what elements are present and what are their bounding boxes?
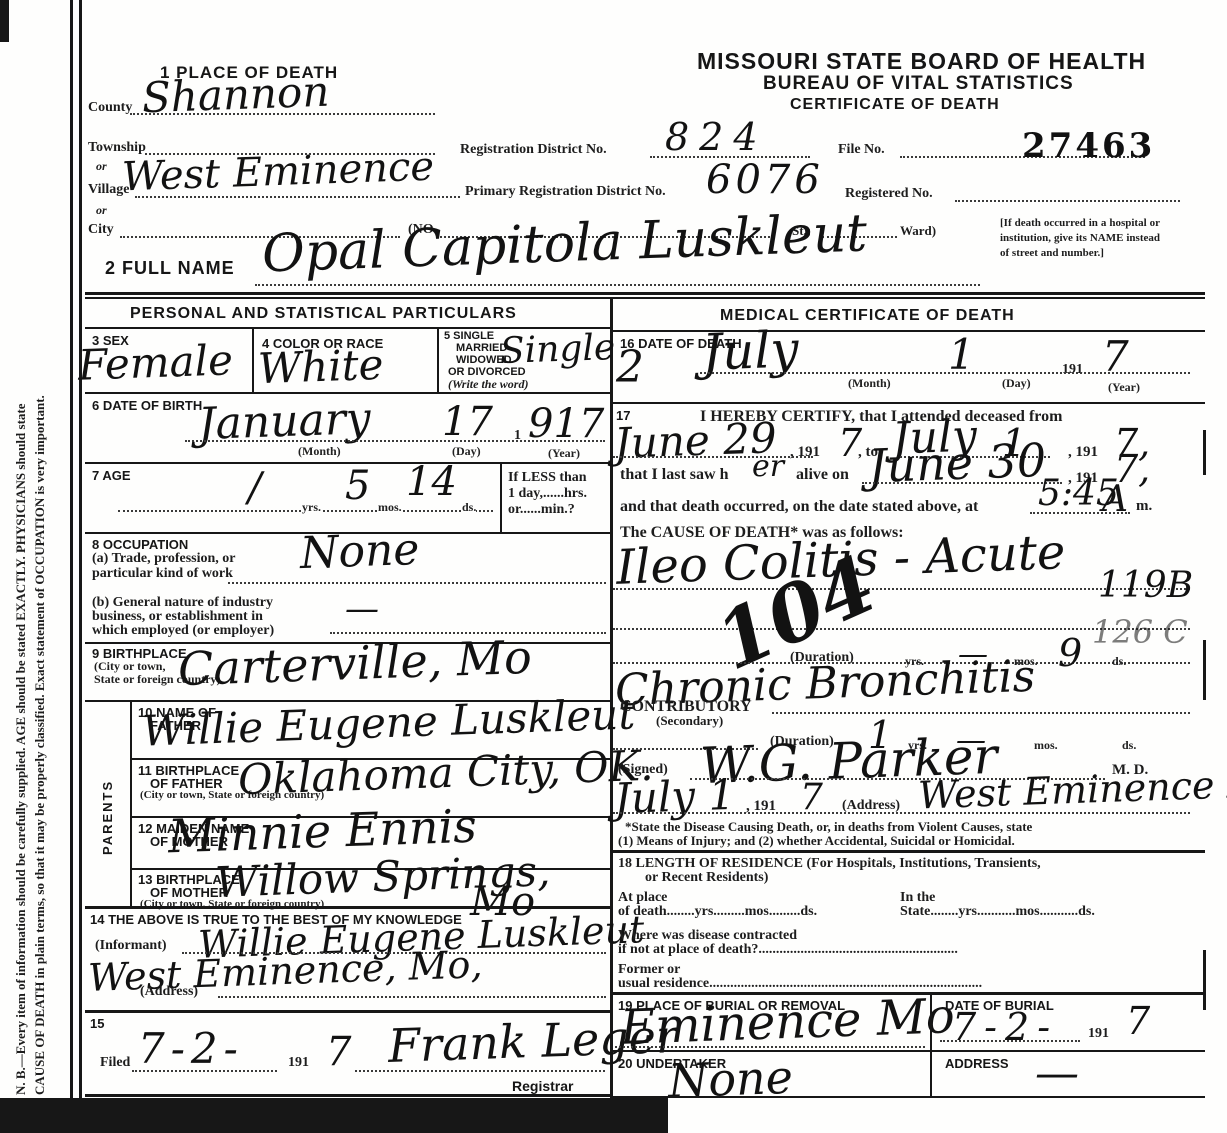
full-name-label: 2 FULL NAME <box>105 258 235 279</box>
death-month-value: July <box>701 324 799 377</box>
county-value: Shannon <box>141 71 330 120</box>
death-occurred-text: and that death occurred, on the date sta… <box>620 498 978 516</box>
cell-divider <box>437 327 439 392</box>
line <box>613 1050 1205 1052</box>
dob-label: 6 DATE OF BIRTH <box>92 398 202 413</box>
m-label: m. <box>1136 498 1152 515</box>
filed-line <box>132 1070 277 1072</box>
day-caption: (Day) <box>1002 376 1031 391</box>
if-less-line3: or......min.? <box>508 502 575 518</box>
filed-caption: Filed <box>100 1055 130 1071</box>
address-caption: (Address) <box>140 984 198 1000</box>
death-day-value: 1 <box>948 334 975 376</box>
alive-on-label: alive on <box>796 466 849 484</box>
dob-day-value: 17 <box>442 402 493 442</box>
line <box>85 327 610 329</box>
burial-year-printed: 191 <box>1088 1026 1109 1042</box>
right-edge-artifact <box>1203 950 1206 1010</box>
marital-value: Single <box>499 330 615 370</box>
line <box>613 1096 1205 1098</box>
margin-note: N. B.—Every item of information should b… <box>14 35 48 1095</box>
header-rule-2 <box>85 297 1205 299</box>
in-state-line2: State........yrs...........mos..........… <box>900 904 1095 920</box>
date-of-death-line <box>700 372 1190 374</box>
full-name-line <box>255 284 980 286</box>
occupation-b-value: — <box>345 592 379 626</box>
filed-number: 15 <box>90 1016 104 1031</box>
heavy-line <box>613 850 1205 853</box>
left-double-rule-inner <box>79 0 82 1100</box>
year-caption: (Year) <box>1108 380 1140 395</box>
burial-year-value: 7 <box>1126 1002 1150 1040</box>
month-caption: (Month) <box>848 376 891 391</box>
age-yrs-value: / <box>248 468 261 508</box>
signed-year-value: 7 <box>800 780 823 816</box>
last-saw-her: er <box>752 452 784 482</box>
printed-191: , 191 <box>790 444 820 461</box>
secondary-caption: (Secondary) <box>656 714 723 729</box>
cell-divider <box>500 462 502 532</box>
heavy-line <box>85 1094 610 1097</box>
city-ward-label: Ward) <box>900 224 936 239</box>
or-label-2: or <box>96 204 107 218</box>
footnote-line2: (1) Means of Injury; and (2) whether Acc… <box>618 834 1015 849</box>
occupation-a-line2: particular kind of work <box>92 566 233 582</box>
age-mos-value: 5 <box>345 466 370 506</box>
dur1-ds-caption: ds. <box>1112 654 1126 669</box>
occupation-a-line1: (a) Trade, profession, or <box>92 551 236 567</box>
occupation-a-value: None <box>299 528 420 576</box>
filed-date-value: 7-2- <box>138 1028 244 1070</box>
county-label: County <box>88 100 132 116</box>
parents-label: PARENTS <box>100 780 115 855</box>
informant-caption: (Informant) <box>95 938 167 954</box>
line <box>613 402 1205 404</box>
code-stamp-1: 119B <box>1098 568 1193 604</box>
village-value: West Eminence <box>121 147 434 198</box>
dob-year-value: 917 <box>528 404 604 444</box>
contracted-line2: if not at place of death?...............… <box>618 942 958 958</box>
bureau-title: BUREAU OF VITAL STATISTICS <box>763 73 1074 95</box>
time-line <box>1030 512 1130 514</box>
filed-year-printed: 191 <box>288 1055 309 1071</box>
signed-address-line <box>613 812 1190 814</box>
contributory-line <box>772 712 1190 714</box>
physician-address-value: West Eminence Mo <box>917 764 1227 815</box>
city-label: City <box>88 222 114 238</box>
at-place-line2: of death........yrs.........mos.........… <box>618 904 817 920</box>
filed-year-value: 7 <box>326 1032 351 1072</box>
personal-section-title: PERSONAL AND STATISTICAL PARTICULARS <box>130 305 517 323</box>
burial-date-line <box>940 1040 1080 1042</box>
year-caption: (Year) <box>548 446 580 461</box>
yrs-caption: yrs. <box>302 500 321 515</box>
registered-no-line <box>955 200 1180 202</box>
margin-note-line1: N. B.—Every item of information should b… <box>14 35 29 1095</box>
scan-black-band <box>0 1098 668 1133</box>
mos-caption: mos. <box>378 500 402 515</box>
death-certificate-scan: N. B.—Every item of information should b… <box>0 0 1227 1133</box>
dur2-ds-caption: ds. <box>1122 738 1136 753</box>
primary-registration-value: 6076 <box>706 160 824 200</box>
undertaker-address-value: — <box>1035 1052 1075 1096</box>
left-double-rule-outer <box>70 0 73 1100</box>
death-year-printed: 191 <box>1062 362 1083 378</box>
or-label-1: or <box>96 160 107 174</box>
header-rule-1 <box>85 292 1205 295</box>
age-label: 7 AGE <box>92 468 131 483</box>
residence-label-2: or Recent Residents) <box>645 870 768 886</box>
burial-place-value: Eminence Mo <box>619 992 955 1052</box>
last-saw-prefix: that I last saw h <box>620 466 728 484</box>
address-line <box>218 996 606 998</box>
margin-note-line2: CAUSE OF DEATH in plain terms, so that i… <box>33 35 48 1095</box>
certificate-title: CERTIFICATE OF DEATH <box>790 96 1000 114</box>
age-ds-value: 14 <box>406 462 457 502</box>
ds-caption: ds. <box>462 500 476 515</box>
scan-artifact <box>0 0 9 42</box>
father-bp-value: Oklahoma City, OK. <box>237 745 654 801</box>
burial-place-line <box>615 1046 925 1048</box>
marital-label-1: 5 SINGLE <box>444 330 494 342</box>
dur2-mos-caption: mos. <box>1034 738 1058 753</box>
day-caption: (Day) <box>452 444 481 459</box>
file-no-value: 27463 <box>1022 126 1155 166</box>
cell-divider <box>930 992 932 1098</box>
date-of-death-stray-mark: 2 <box>616 346 644 390</box>
file-no-label: File No. <box>838 142 885 158</box>
undertaker-address-label: ADDRESS <box>945 1056 1009 1071</box>
printed-191: , 191 <box>1068 444 1098 461</box>
registrar-caption: Registrar <box>512 1078 573 1094</box>
right-edge-artifact <box>1203 430 1206 475</box>
right-edge-artifact <box>1203 640 1206 700</box>
heavy-line <box>85 1010 610 1013</box>
alive-on-line <box>862 482 1062 484</box>
marital-write-word: (Write the word) <box>448 378 528 392</box>
race-value: White <box>257 344 384 390</box>
dur1-ds-value: 9 <box>1058 634 1082 672</box>
if-less-line2: 1 day,......hrs. <box>508 486 587 502</box>
occupation-b-line3: which employed (or employer) <box>92 623 274 639</box>
registration-district-value: 824 <box>665 118 768 156</box>
heavy-line <box>85 906 610 909</box>
dob-line <box>185 440 605 442</box>
code-stamp-2: 126 C <box>1092 616 1188 648</box>
birthplace-value: Carterville, Mo <box>177 634 532 692</box>
sex-value: Female <box>77 339 233 386</box>
month-caption: (Month) <box>298 444 341 459</box>
full-name-value: Opal Capitola Luskleut <box>261 207 868 280</box>
cell-divider <box>252 327 254 392</box>
primary-registration-label: Primary Registration District No. <box>465 184 666 200</box>
registrar-line <box>355 1070 605 1072</box>
parents-strip-divider <box>130 700 132 908</box>
registration-district-label: Registration District No. <box>460 142 607 158</box>
if-less-line1: If LESS than <box>508 470 587 486</box>
occupation-a-line <box>228 582 606 584</box>
hospital-note: [If death occurred in a hospital or inst… <box>1000 216 1160 261</box>
registered-no-label: Registered No. <box>845 186 933 202</box>
board-title: MISSOURI STATE BOARD OF HEALTH <box>697 48 1146 75</box>
occupation-label: 8 OCCUPATION <box>92 537 188 552</box>
